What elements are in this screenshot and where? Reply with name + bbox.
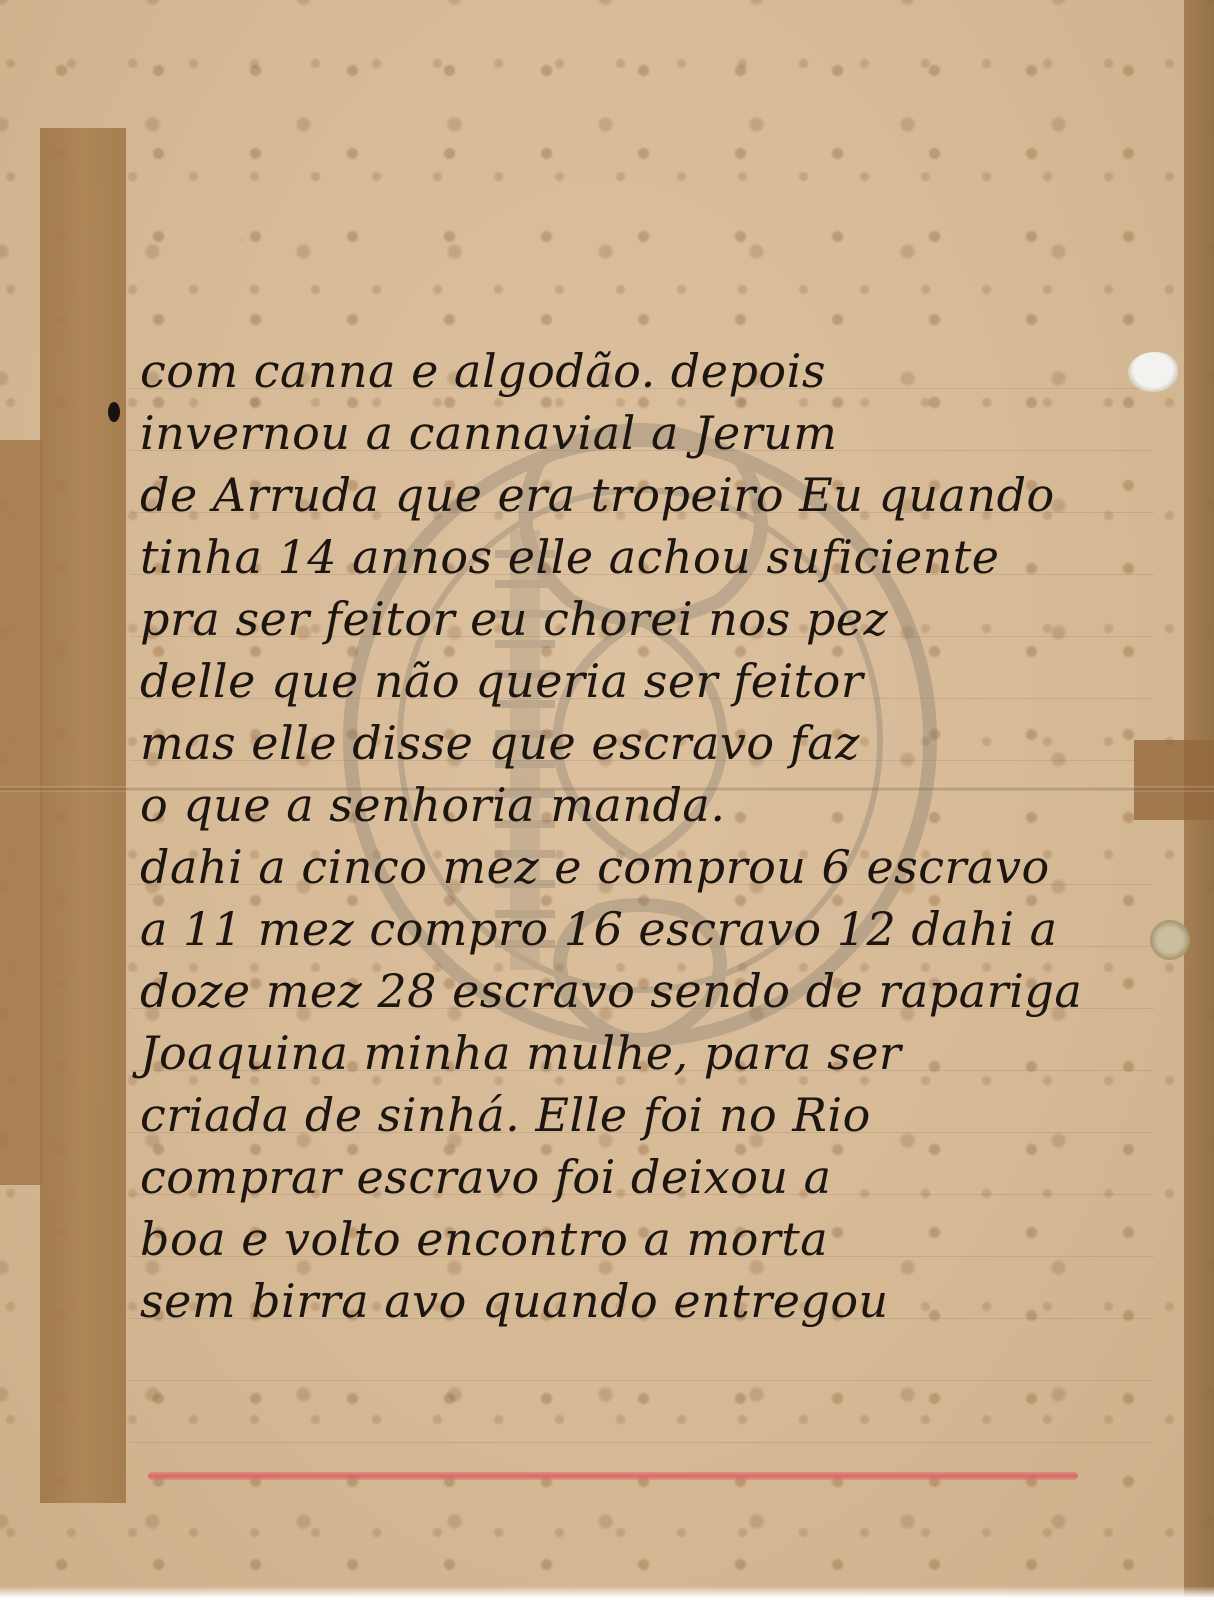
text-line: com canna e algodão. depois (140, 340, 1190, 402)
text-line: a 11 mez compro 16 escravo 12 dahi a (140, 898, 1190, 960)
text-line: pra ser feitor eu chorei nos pez (140, 588, 1190, 650)
text-line: Joaquina minha mulhe, para ser (140, 1022, 1190, 1084)
text-line: delle que não queria ser feitor (140, 650, 1190, 712)
text-line: o que a senhoria manda. (140, 774, 1190, 836)
text-line: mas elle disse que escravo faz (140, 712, 1190, 774)
red-pencil-underline (148, 1472, 1078, 1480)
text-line: sem birra avo quando entregou (140, 1270, 1190, 1332)
text-line: tinha 14 annos elle achou suficiente (140, 526, 1190, 588)
text-line: comprar escravo foi deixou a (140, 1146, 1190, 1208)
ruled-line (130, 1442, 1154, 1443)
left-tape-strip (40, 128, 126, 1503)
left-outer-tape-strip (0, 440, 42, 1185)
text-line: boa e volto encontro a morta (140, 1208, 1190, 1270)
text-line: criada de sinhá. Elle foi no Rio (140, 1084, 1190, 1146)
ruled-line (130, 1380, 1154, 1381)
text-line: dahi a cinco mez e comprou 6 escravo (140, 836, 1190, 898)
manuscript-page: com canna e algodão. depois invernou a c… (0, 0, 1214, 1600)
text-line: doze mez 28 escravo sendo de rapariga (140, 960, 1190, 1022)
torn-bottom-edge (0, 1586, 1214, 1600)
handwritten-text: com canna e algodão. depois invernou a c… (140, 340, 1190, 1332)
text-line: invernou a cannavial a Jerum (140, 402, 1190, 464)
text-line: de Arruda que era tropeiro Eu quando (140, 464, 1190, 526)
ink-blot (108, 402, 120, 422)
